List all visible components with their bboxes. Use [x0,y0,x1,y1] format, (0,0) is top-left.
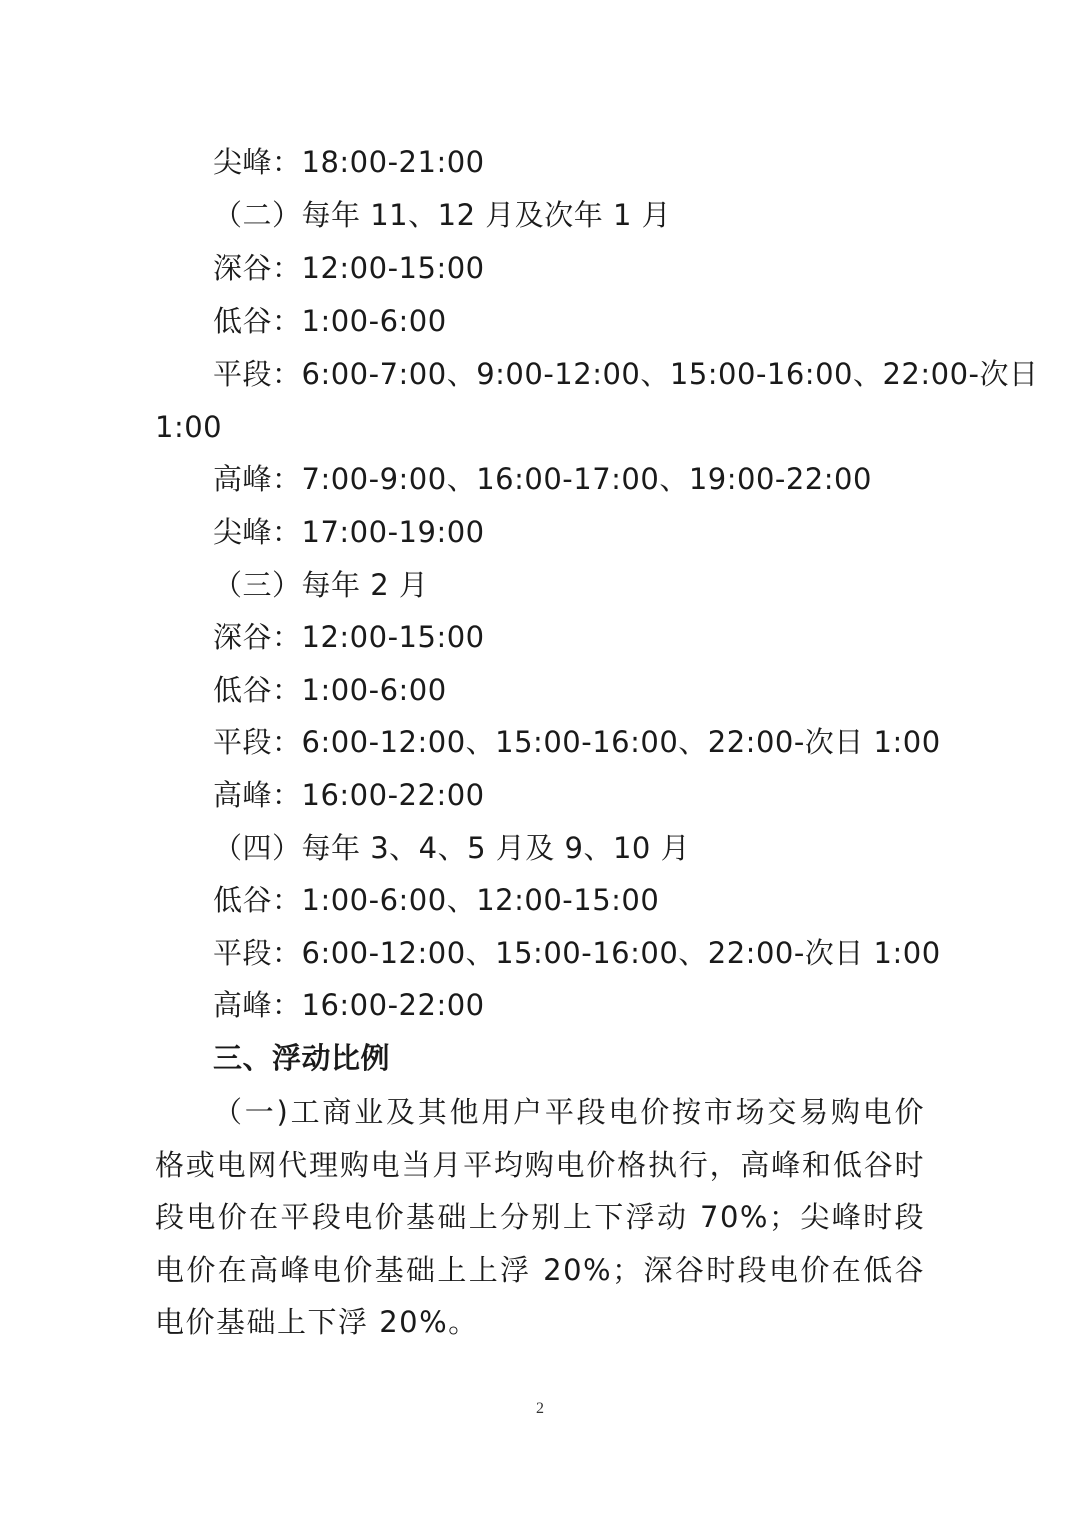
flat-line: 平段：6:00-12:00、15:00-16:00、22:00-次日 1:00 [213,933,941,973]
deep-valley-line: 深谷：12:00-15:00 [213,248,485,288]
high-peak-line: 高峰：16:00-22:00 [213,775,485,815]
flat-line: 平段：6:00-12:00、15:00-16:00、22:00-次日 1:00 [213,722,941,762]
period-2-heading: （二）每年 11、12 月及次年 1 月 [213,195,671,235]
valley-line: 低谷：1:00-6:00 [213,670,447,710]
flat-line: 平段：6:00-7:00、9:00-12:00、15:00-16:00、22:0… [213,354,1039,394]
valley-line: 低谷：1:00-6:00、12:00-15:00 [213,880,659,920]
high-peak-line: 高峰：16:00-22:00 [213,985,485,1025]
valley-line: 低谷：1:00-6:00 [213,301,447,341]
section-heading: 三、浮动比例 [213,1038,390,1078]
page-number: 2 [0,1400,1080,1418]
floating-ratio-paragraph: （一)工商业及其他用户平段电价按市场交易购电价格或电网代理购电当月平均购电价格执… [155,1086,925,1349]
deep-valley-line: 深谷：12:00-15:00 [213,617,485,657]
peak-time-line: 尖峰：18:00-21:00 [213,142,485,182]
flat-line-continuation: 1:00 [155,407,222,447]
high-peak-line: 高峰：7:00-9:00、16:00-17:00、19:00-22:00 [213,459,872,499]
period-3-heading: （三）每年 2 月 [213,565,428,605]
peak-time-line: 尖峰：17:00-19:00 [213,512,485,552]
period-4-heading: （四）每年 3、4、5 月及 9、10 月 [213,828,690,868]
document-page: 尖峰：18:00-21:00 （二）每年 11、12 月及次年 1 月 深谷：1… [0,0,1080,1527]
